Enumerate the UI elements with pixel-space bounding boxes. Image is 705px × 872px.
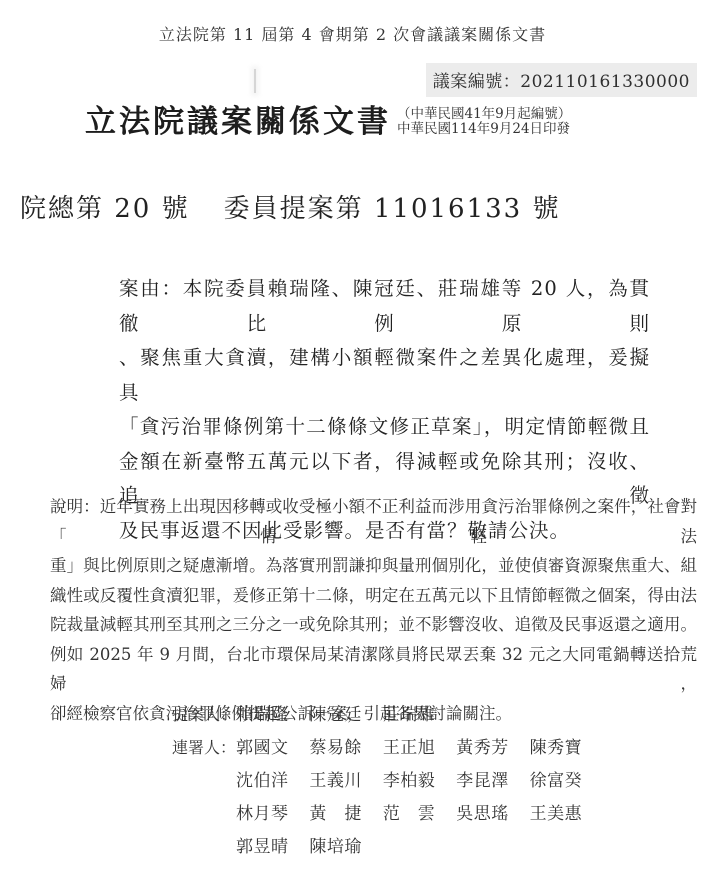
title-row: 立法院議案關係文書 （中華民國41年9月起編號） 中華民國114年9月24日印發 xyxy=(85,102,571,142)
signer-name: 郭昱晴 xyxy=(236,832,288,857)
signer-names: 郭昱晴 陳培瑜 xyxy=(236,832,377,857)
docket-general-number: 院總第 20 號 xyxy=(20,188,190,225)
signer-name: 蔡易餘 xyxy=(309,733,361,758)
signer-name: 陳培瑜 xyxy=(309,832,361,857)
signer-name: 李昆澤 xyxy=(456,766,508,791)
case-line: 「貪污治罪條例第十二條條文修正草案」，明定情節輕微且 xyxy=(62,410,650,445)
case-line: 、聚焦重大貪瀆，建構小額輕微案件之差異化處理，爰擬具 xyxy=(62,341,650,410)
signer-name: 陳秀寶 xyxy=(530,733,582,758)
signer-name: 王正旭 xyxy=(383,733,435,758)
signer-row-label: 連署人： xyxy=(172,735,236,758)
explanation-line: 院裁量減輕其刑至其刑之三分之一或免除其刑；並不影響沒收、追徵及民事返還之適用。 xyxy=(13,610,697,640)
title-note-line1: （中華民國41年9月起編號） xyxy=(397,107,571,122)
title-note-line2: 中華民國114年9月24日印發 xyxy=(397,122,571,137)
signer-name: 黃捷 xyxy=(309,799,361,824)
signer-name: 徐富癸 xyxy=(530,766,582,791)
signer-name: 范雲 xyxy=(383,799,435,824)
scan-artifact-line xyxy=(254,69,256,93)
signer-name: 沈伯洋 xyxy=(236,766,288,791)
document-title: 立法院議案關係文書 xyxy=(85,102,391,142)
signer-row: 連署人： 郭國文 蔡易餘 王正旭 黃秀芳 陳秀寶 xyxy=(172,733,598,766)
signer-name: 李柏毅 xyxy=(383,766,435,791)
signer-name: 郭國文 xyxy=(236,733,288,758)
signer-names: 郭國文 蔡易餘 王正旭 黃秀芳 陳秀寶 xyxy=(236,733,598,758)
explanation-line: 說明：近年實務上出現因移轉或收受極小額不正利益而涉用貪污治罪條例之案件，社會對「… xyxy=(13,492,697,551)
signer-row-label: 提案人： xyxy=(172,702,236,725)
signer-names: 林月琴 黃捷 范雲 吳思瑤 王美惠 xyxy=(236,799,598,824)
case-line: 案由：本院委員賴瑞隆、陳冠廷、莊瑞雄等 20 人，為貫徹比例原則 xyxy=(62,272,650,341)
title-note: （中華民國41年9月起編號） 中華民國114年9月24日印發 xyxy=(397,107,571,137)
session-header: 立法院第 11 屆第 4 會期第 2 次會議議案關係文書 xyxy=(0,22,705,45)
signer-name: 賴瑞隆 xyxy=(236,700,288,725)
explanation-line: 例如 2025 年 9 月間，台北市環保局某清潔隊員將民眾丟棄 32 元之大同電… xyxy=(13,640,697,699)
signer-row: 提案人： 賴瑞隆 陳冠廷 莊瑞雄 xyxy=(172,700,598,733)
docket-gap xyxy=(190,188,224,225)
signer-name: 黃秀芳 xyxy=(456,733,508,758)
docket-line: 院總第 20 號 委員提案第 11016133 號 xyxy=(20,188,561,225)
signer-name: 吳思瑤 xyxy=(456,799,508,824)
signer-name: 陳冠廷 xyxy=(309,700,361,725)
signer-names: 沈伯洋 王義川 李柏毅 李昆澤 徐富癸 xyxy=(236,766,598,791)
signer-name: 王美惠 xyxy=(530,799,582,824)
document-page: 立法院第 11 屆第 4 會期第 2 次會議議案關係文書 議案編號：202110… xyxy=(0,0,705,872)
signer-row: 林月琴 黃捷 范雲 吳思瑤 王美惠 xyxy=(172,799,598,832)
docket-proposal-number: 委員提案第 11016133 號 xyxy=(224,188,561,225)
explanation-section: 說明：近年實務上出現因移轉或收受極小額不正利益而涉用貪污治罪條例之案件，社會對「… xyxy=(13,492,697,728)
explanation-line: 重」與比例原則之疑慮漸增。為落實刑罰謙抑與量刑個別化，並使偵審資源聚焦重大、組 xyxy=(13,551,697,581)
signers-section: 提案人： 賴瑞隆 陳冠廷 莊瑞雄 連署人： 郭國文 xyxy=(172,700,598,865)
signer-row: 郭昱晴 陳培瑜 xyxy=(172,832,598,865)
explanation-line: 織性或反覆性貪瀆犯罪，爰修正第十二條，明定在五萬元以下且情節輕微之個案，得由法 xyxy=(13,581,697,611)
signer-name: 林月琴 xyxy=(236,799,288,824)
signer-name: 莊瑞雄 xyxy=(383,700,435,725)
signer-names: 賴瑞隆 陳冠廷 莊瑞雄 xyxy=(236,700,451,725)
bill-number: 議案編號：202110161330000 xyxy=(426,63,697,97)
signer-name: 王義川 xyxy=(309,766,361,791)
signer-row: 沈伯洋 王義川 李柏毅 李昆澤 徐富癸 xyxy=(172,766,598,799)
